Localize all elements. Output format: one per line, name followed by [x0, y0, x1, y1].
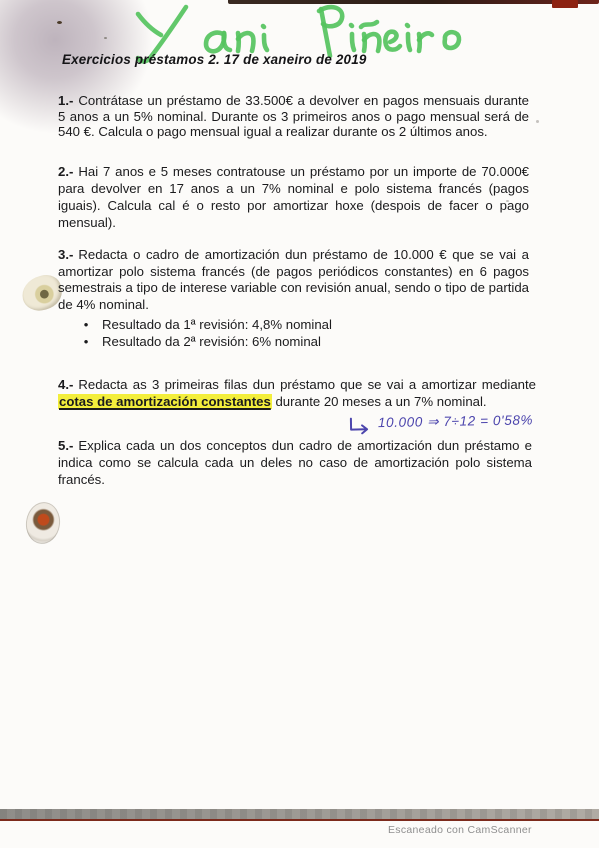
exercise-3-bullet-list: • Resultado da 1ª revisión: 4,8% nominal… — [82, 317, 332, 350]
sheet-title: Exercicios préstamos 2. 17 de xaneiro de… — [62, 52, 367, 67]
paper-speck — [104, 37, 107, 39]
paper-speck — [536, 120, 539, 123]
scan-top-edge-mark — [552, 0, 578, 8]
exercise-4-number: 4.- — [58, 377, 78, 392]
bullet-icon: • — [82, 317, 90, 334]
exercise-3-number: 3.- — [58, 247, 78, 262]
exercise-3: 3.-Redacta o cadro de amortización dun p… — [58, 247, 529, 313]
exercise-1: 1.-Contrátase un préstamo de 33.500€ a d… — [58, 93, 529, 140]
exercise-5: 5.-Explica cada un dos conceptos dun cad… — [58, 437, 532, 488]
bullet-icon: • — [82, 334, 90, 351]
corner-arrow-icon — [349, 417, 373, 434]
handwritten-margin-note: 10.000 ⇒ 7÷12 = 0'58% — [349, 412, 533, 434]
exercise-5-number: 5.- — [58, 438, 78, 453]
paper-speck — [57, 21, 62, 24]
list-item: • Resultado da 1ª revisión: 4,8% nominal — [82, 317, 332, 334]
exercise-3-text: Redacta o cadro de amortización dun prés… — [58, 247, 529, 312]
paper-stain — [23, 500, 63, 546]
scan-bottom-edge — [0, 809, 599, 821]
exercise-5-text: Explica cada un dos conceptos dun cadro … — [58, 438, 532, 487]
exercise-4-text-before: Redacta as 3 primeiras filas dun préstam… — [78, 377, 536, 392]
scanned-exercise-sheet: Exercicios préstamos 2. 17 de xaneiro de… — [0, 0, 599, 848]
camscanner-watermark: Escaneado con CamScanner — [388, 824, 532, 836]
exercise-3-bullet-2: Resultado da 2ª revisión: 6% nominal — [102, 334, 321, 351]
exercise-1-text: Contrátase un préstamo de 33.500€ a devo… — [58, 93, 529, 139]
list-item: • Resultado da 2ª revisión: 6% nominal — [82, 334, 332, 351]
exercise-2-text: Hai 7 anos e 5 meses contratouse un prés… — [58, 164, 529, 230]
exercise-4-text-after: durante 20 meses a un 7% nominal. — [272, 394, 487, 409]
exercise-4: 4.-Redacta as 3 primeiras filas dun prés… — [58, 377, 536, 410]
exercise-3-bullet-1: Resultado da 1ª revisión: 4,8% nominal — [102, 317, 332, 334]
exercise-2-number: 2.- — [58, 164, 78, 179]
margin-note-text: 10.000 ⇒ 7÷12 = 0'58% — [378, 412, 533, 431]
exercise-2: 2.-Hai 7 anos e 5 meses contratouse un p… — [58, 163, 529, 231]
highlighted-phrase: cotas de amortización constantes — [58, 394, 272, 409]
exercise-1-number: 1.- — [58, 93, 78, 108]
